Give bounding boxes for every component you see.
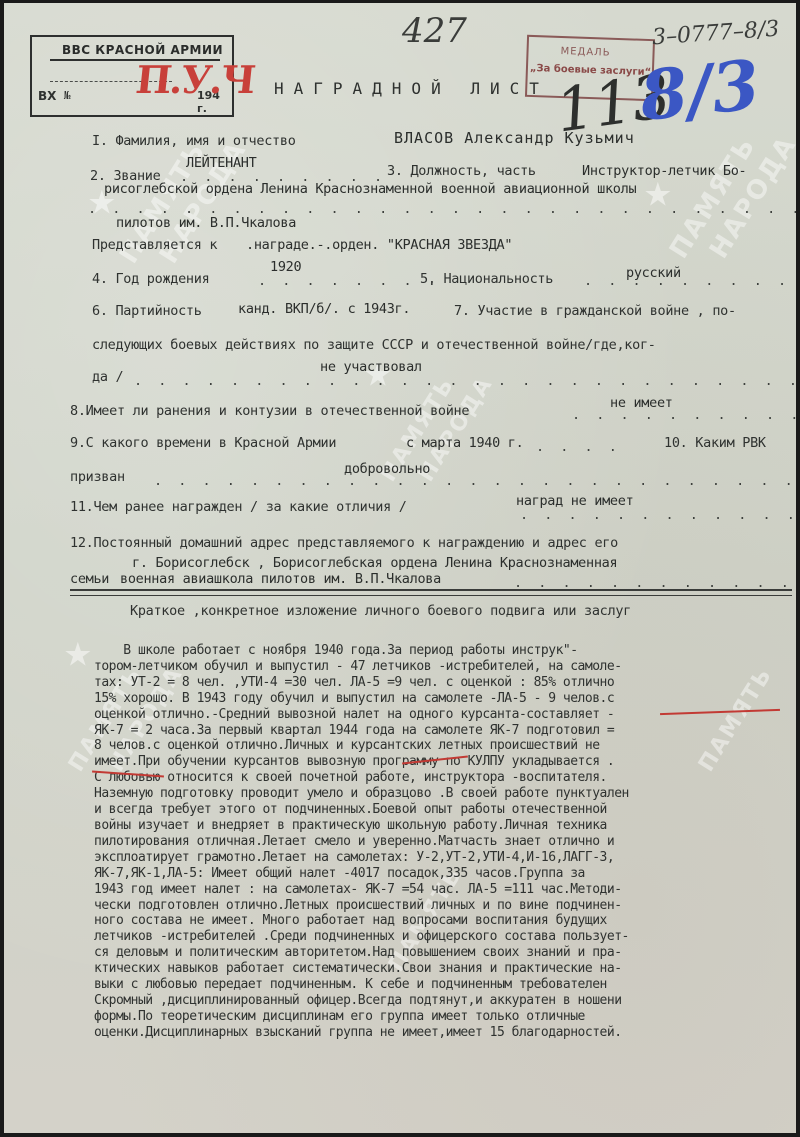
registration-stamp: ВВС КРАСНОЙ АРМИИ ВХ № 194 г. П.У.Ч <box>30 35 234 117</box>
dot-leader: . . . . . . . . . . . . . . <box>520 507 796 523</box>
field-8-label: 8.Имеет ли ранения и контузии в отечеств… <box>70 403 469 419</box>
dot-leader: . . . . . . . . . . . <box>572 407 796 423</box>
summary-line: эксплоатирует грамотно.Летает на самолет… <box>94 850 629 866</box>
blue-pencil-mark: 8/3 <box>636 45 763 137</box>
summary-line: Скромный ,дисциплинированный офицер.Всег… <box>94 993 629 1009</box>
dot-leader: . . . . . . . . <box>258 273 440 289</box>
field-4-label: 4. Год рождения <box>92 271 209 287</box>
field-6-label: 6. Партийность <box>92 303 202 319</box>
field-3-value-line3: пилотов им. В.П.Чкалова <box>116 215 296 231</box>
summary-line: 15% хорошо. В 1943 году обучил и выпусти… <box>94 691 629 707</box>
field-12-label-line2: семьи <box>70 571 109 587</box>
summary-line: оценкой отлично.-Средний вывозной налет … <box>94 707 629 723</box>
award-value: .награде.-.орден. "КРАСНАЯ ЗВЕЗДА" <box>246 237 512 253</box>
summary-line: тах: УТ-2 = 8 чел. ,УТИ-4 =30 чел. ЛА-5 … <box>94 675 629 691</box>
watermark-star-icon: ★ <box>64 623 92 677</box>
summary-line: тором-летчиком обучил и выпустил - 47 ле… <box>94 659 629 675</box>
summary-line: ся деловым и политическим авторитетом.На… <box>94 945 629 961</box>
stamp-title: ВВС КРАСНОЙ АРМИИ <box>62 43 223 57</box>
medal-stamp-line1: МЕДАЛЬ <box>560 46 610 59</box>
watermark-text: ПАМЯТЬ <box>694 663 778 776</box>
summary-line: В школе работает с ноября 1940 года.За п… <box>94 643 629 659</box>
summary-body: В школе работает с ноября 1940 года.За п… <box>94 643 629 1041</box>
field-3-value-line1: Инструктор-летчик Бо- <box>582 163 746 179</box>
field-10-label-line1: 10. Каким РВК <box>664 435 766 451</box>
field-12-value-line2: военная авиашкола пилотов им. В.П.Чкалов… <box>120 571 441 587</box>
summary-line: летчиков -истребителей .Среди подчиненны… <box>94 929 629 945</box>
summary-line: чески подготовлен отлично.Летных происше… <box>94 898 629 914</box>
summary-line: ЯК-7 = 2 часа.За первый квартал 1944 год… <box>94 723 629 739</box>
field-9-label: 9.С какого времени в Красной Армии <box>70 435 336 451</box>
field-7-label-line2: следующих боевых действиях по защите ССС… <box>92 337 656 353</box>
stamp-vx-label: ВХ <box>38 89 56 103</box>
field-9-value: с марта 1940 г. <box>406 435 523 451</box>
stamp-handwritten-mark: П.У.Ч <box>134 57 257 102</box>
award-sheet-page: ★ ПАМЯТЬ НАРОДА ★ ПАМЯТЬ НАРОДА ★ ПАМЯТЬ… <box>4 3 796 1133</box>
summary-heading: Краткое ,конкретное изложение личного бо… <box>130 603 631 619</box>
summary-line: С любовью относится к своей почетной раб… <box>94 770 629 786</box>
summary-line: войны изучает и внедряет в практическую … <box>94 818 629 834</box>
summary-line: 8 челов.с оценкой отлично.Личных и курса… <box>94 738 629 754</box>
field-7-label-line1: 7. Участие в гражданской войне , по- <box>454 303 736 319</box>
handwritten-number: 427 <box>402 11 467 51</box>
field-10-label-line2: призван <box>70 469 125 485</box>
field-12-value-line1: г. Борисоглебск , Борисоглебская ордена … <box>132 555 617 571</box>
field-12-label-line1: 12.Постоянный домашний адрес представляе… <box>70 535 618 551</box>
field-3-value-line2: рисоглебской ордена Ленина Краснознаменн… <box>104 181 636 197</box>
dot-leader: . . . . . . . . . . <box>584 273 796 289</box>
dot-leader: . . . . <box>536 439 621 455</box>
summary-line: формы.По теоретическим дисциплинам его г… <box>94 1009 629 1025</box>
summary-line: ЯК-7,ЯК-1,ЛА-5: Имеет общий налет -4017 … <box>94 866 629 882</box>
stamp-no-label: № <box>64 89 71 102</box>
award-label: Представляется к <box>92 237 217 253</box>
summary-line: ктических навыков работает систематическ… <box>94 961 629 977</box>
field-7-label-line3: да / <box>92 369 123 385</box>
summary-line: 1943 год имеет налет : на самолетах- ЯК-… <box>94 882 629 898</box>
archive-code: 3–0777–8/3 <box>651 17 780 51</box>
summary-line: имеет.При обучении курсантов вывозную пр… <box>94 754 629 770</box>
red-pencil-underline <box>660 709 780 715</box>
summary-line: выки с любовью передает подчиненным. К с… <box>94 977 629 993</box>
summary-line: и всегда требует этого от подчиненных.Бо… <box>94 802 629 818</box>
field-11-label: 11.Чем ранее награжден / за какие отличи… <box>70 499 407 515</box>
summary-line: оценки.Дисциплинарных взысканий группа н… <box>94 1025 629 1041</box>
document-title: НАГРАДНОЙ ЛИСТ <box>274 79 549 98</box>
section-divider <box>70 589 792 596</box>
dot-leader: . . . . . . . . . . . . . . . . . . . . … <box>134 373 796 389</box>
field-3-label: 3. Должность, часть <box>387 163 536 179</box>
field-1-label: I. Фамилия, имя и отчество <box>92 133 296 149</box>
field-5-label: 5. Национальность <box>420 271 553 287</box>
dot-leader: . . . . . . . . . . . . . . . . . . . . … <box>154 473 796 489</box>
summary-line: ного состава не имеет. Много работает на… <box>94 913 629 929</box>
field-1-value: ВЛАСОВ Александр Кузьмич <box>394 129 635 147</box>
field-6-value: канд. ВКП/б/. с 1943г. <box>238 301 410 317</box>
summary-line: пилотирования отличная.Летает смело и ув… <box>94 834 629 850</box>
summary-line: Наземную подготовку проводит умело и обр… <box>94 786 629 802</box>
